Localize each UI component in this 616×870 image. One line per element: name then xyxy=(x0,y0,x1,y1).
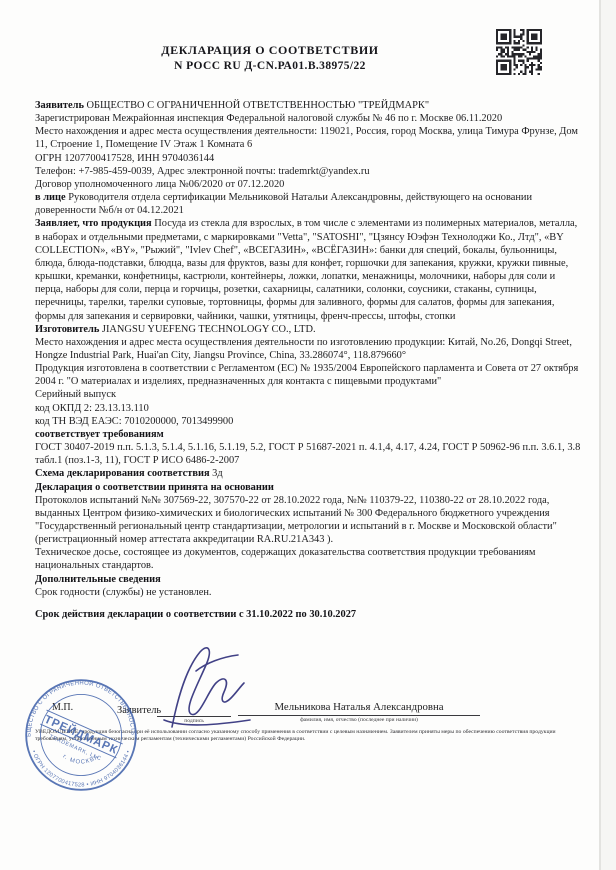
paragraph-product: Заявляет, что продукция Посуда из стекла… xyxy=(35,217,583,322)
paragraph-basis-header: Декларация о соответствии принята на осн… xyxy=(35,481,583,494)
paragraph-contract: Договор уполномоченного лица №06/2020 от… xyxy=(35,178,583,191)
paragraph-applicant: Заявитель ОБЩЕСТВО С ОГРАНИЧЕННОЙ ОТВЕТС… xyxy=(35,99,583,112)
signer-name: Мельникова Наталья Александровна xyxy=(238,700,480,716)
document-title: ДЕКЛАРАЦИЯ О СООТВЕТСТВИИ xyxy=(35,43,505,58)
document-body: Заявитель ОБЩЕСТВО С ОГРАНИЧЕННОЙ ОТВЕТС… xyxy=(35,99,583,621)
paragraph-meets-requirements: соответствует требованиям xyxy=(35,428,583,441)
scan-margin xyxy=(601,0,616,870)
paragraph-protocols: Протоколов испытаний №№ 307569-22, 30757… xyxy=(35,494,583,547)
declaration-document: ДЕКЛАРАЦИЯ О СООТВЕТСТВИИ N РОСС RU Д-CN… xyxy=(0,0,616,870)
company-stamp: ОБЩЕСТВО С ОГРАНИЧЕННОЙ ОТВЕТСТВЕННОСТЬЮ… xyxy=(24,678,138,792)
paragraph-ogrn-inn: ОГРН 1207700417528, ИНН 9704036144 xyxy=(35,152,583,165)
paragraph-manufacturer: Изготовитель JIANGSU YUEFENG TECHNOLOGY … xyxy=(35,323,583,336)
signer-name-caption: фамилия, имя, отчество (последнее при на… xyxy=(238,717,480,724)
paragraph-gost-list: ГОСТ 30407-2019 п.п. 5.1.3, 5.1.4, 5.1.1… xyxy=(35,441,583,467)
paragraph-manufacturer-address: Место нахождения и адрес места осуществл… xyxy=(35,336,583,362)
declaration-number: N РОСС RU Д-CN.РА01.В.38975/22 xyxy=(35,60,505,72)
signer-name-field: Мельникова Наталья Александровна фамилия… xyxy=(238,700,480,724)
paragraph-shelf-life: Срок годности (службы) не установлен. xyxy=(35,586,583,599)
scan-edge-line xyxy=(599,0,601,870)
stamp-ring-bottom-text: • ОГРН 1207700417528 • ИНН 9704036144 • xyxy=(30,750,132,789)
paragraph-dossier: Техническое досье, состоящее из документ… xyxy=(35,546,583,572)
paragraph-additional-header: Дополнительные сведения xyxy=(35,573,583,586)
paragraph-serial: Серийный выпуск xyxy=(35,388,583,401)
paragraph-phone-email: Телефон: +7-985-459-0039, Адрес электрон… xyxy=(35,165,583,178)
paragraph-okpd: код ОКПД 2: 23.13.13.110 xyxy=(35,402,583,415)
paragraph-regulation: Продукция изготовлена в соответствии с Р… xyxy=(35,362,583,388)
document-title-block: ДЕКЛАРАЦИЯ О СООТВЕТСТВИИ N РОСС RU Д-CN… xyxy=(35,43,505,72)
paragraph-representative: в лице Руководителя отдела сертификации … xyxy=(35,191,583,217)
paragraph-scheme: Схема декларирования соответствия 3д xyxy=(35,467,583,480)
paragraph-registration: Зарегистрирован Межрайонная инспекция Фе… xyxy=(35,112,583,125)
paragraph-tnved: код ТН ВЭД ЕАЭС: 7010200000, 7013499900 xyxy=(35,415,583,428)
paragraph-address: Место нахождения и адрес места осуществл… xyxy=(35,125,583,151)
paragraph-validity: Срок действия декларации о соответствии … xyxy=(35,608,583,621)
handwritten-signature xyxy=(150,641,260,736)
